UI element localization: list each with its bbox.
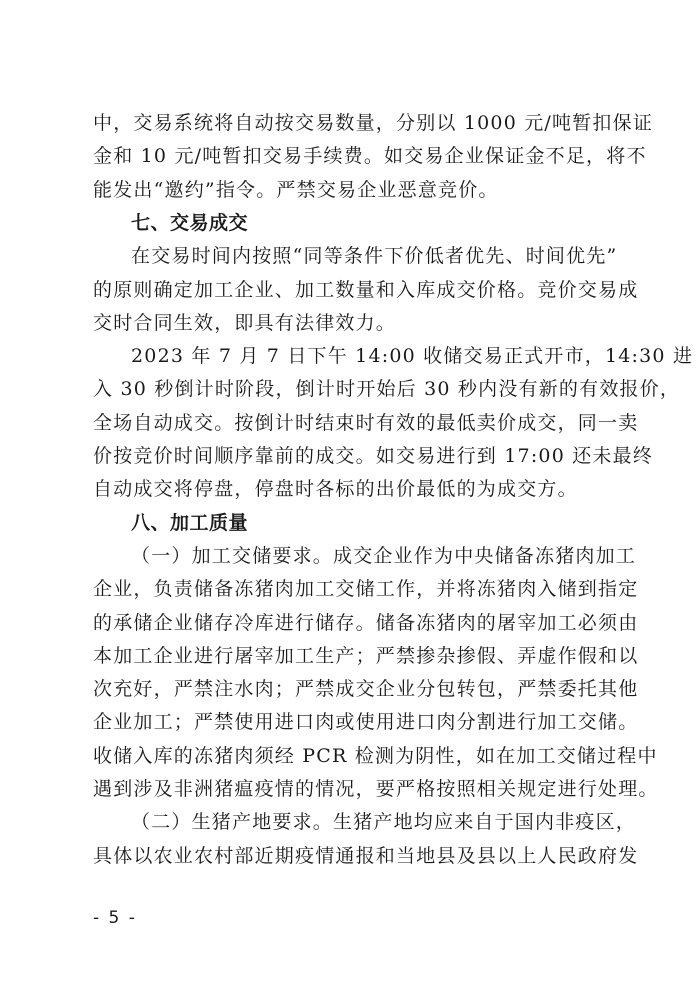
paragraph-line: 企业，负责储备冻猪肉加工交储工作，并将冻猪肉入储到指定 xyxy=(93,573,613,606)
paragraph-line: 能发出“邀约”指令。严禁交易企业恶意竞价。 xyxy=(93,174,613,207)
section-heading: 七、交易成交 xyxy=(131,207,613,240)
paragraph-line: 入 30 秒倒计时阶段，倒计时开始后 30 秒内没有新的有效报价， xyxy=(93,373,613,406)
paragraph-line: 的承储企业储存冷库进行储存。储备冻猪肉的屠宰加工必须由 xyxy=(93,607,613,640)
paragraph-line: 在交易时间内按照“同等条件下价低者优先、时间优先” xyxy=(131,240,613,273)
paragraph-line: 自动成交将停盘，停盘时各标的出价最低的为成交方。 xyxy=(93,473,613,506)
paragraph-line: 本加工企业进行屠宰加工生产；严禁掺杂掺假、弄虚作假和以 xyxy=(93,640,613,673)
paragraph-line: 遇到涉及非洲猪瘟疫情的情况，要严格按照相关规定进行处理。 xyxy=(93,773,613,806)
paragraph-line: 的原则确定加工企业、加工数量和入库成交价格。竞价交易成 xyxy=(93,274,613,307)
paragraph-line: 交时合同生效，即具有法律效力。 xyxy=(93,307,613,340)
paragraph-line: （一）加工交储要求。成交企业作为中央储备冻猪肉加工 xyxy=(131,540,613,573)
paragraph-line: 2023 年 7 月 7 日下午 14:00 收储交易正式开市，14:30 进 xyxy=(131,340,613,373)
paragraph-line: 企业加工；严禁使用进口肉或使用进口肉分割进行加工交储。 xyxy=(93,706,613,739)
page-number: - 5 - xyxy=(93,908,137,928)
paragraph-line: （二）生猪产地要求。生猪产地均应来自于国内非疫区， xyxy=(131,806,613,839)
paragraph-line: 收储入库的冻猪肉须经 PCR 检测为阴性，如在加工交储过程中 xyxy=(93,740,613,773)
paragraph-line: 价按竞价时间顺序靠前的成交。如交易进行到 17:00 还未最终 xyxy=(93,440,613,473)
paragraph-line: 次充好，严禁注水肉；严禁成交企业分包转包，严禁委托其他 xyxy=(93,673,613,706)
paragraph-line: 金和 10 元/吨暂扣交易手续费。如交易企业保证金不足，将不 xyxy=(93,140,613,173)
paragraph-line: 具体以农业农村部近期疫情通报和当地县及县以上人民政府发 xyxy=(93,840,613,873)
section-heading: 八、加工质量 xyxy=(131,507,613,540)
paragraph-line: 全场自动成交。按倒计时结束时有效的最低卖价成交，同一卖 xyxy=(93,407,613,440)
paragraph-line: 中，交易系统将自动按交易数量，分别以 1000 元/吨暂扣保证 xyxy=(93,107,613,140)
document-page: 中，交易系统将自动按交易数量，分别以 1000 元/吨暂扣保证金和 10 元/吨… xyxy=(0,0,700,989)
